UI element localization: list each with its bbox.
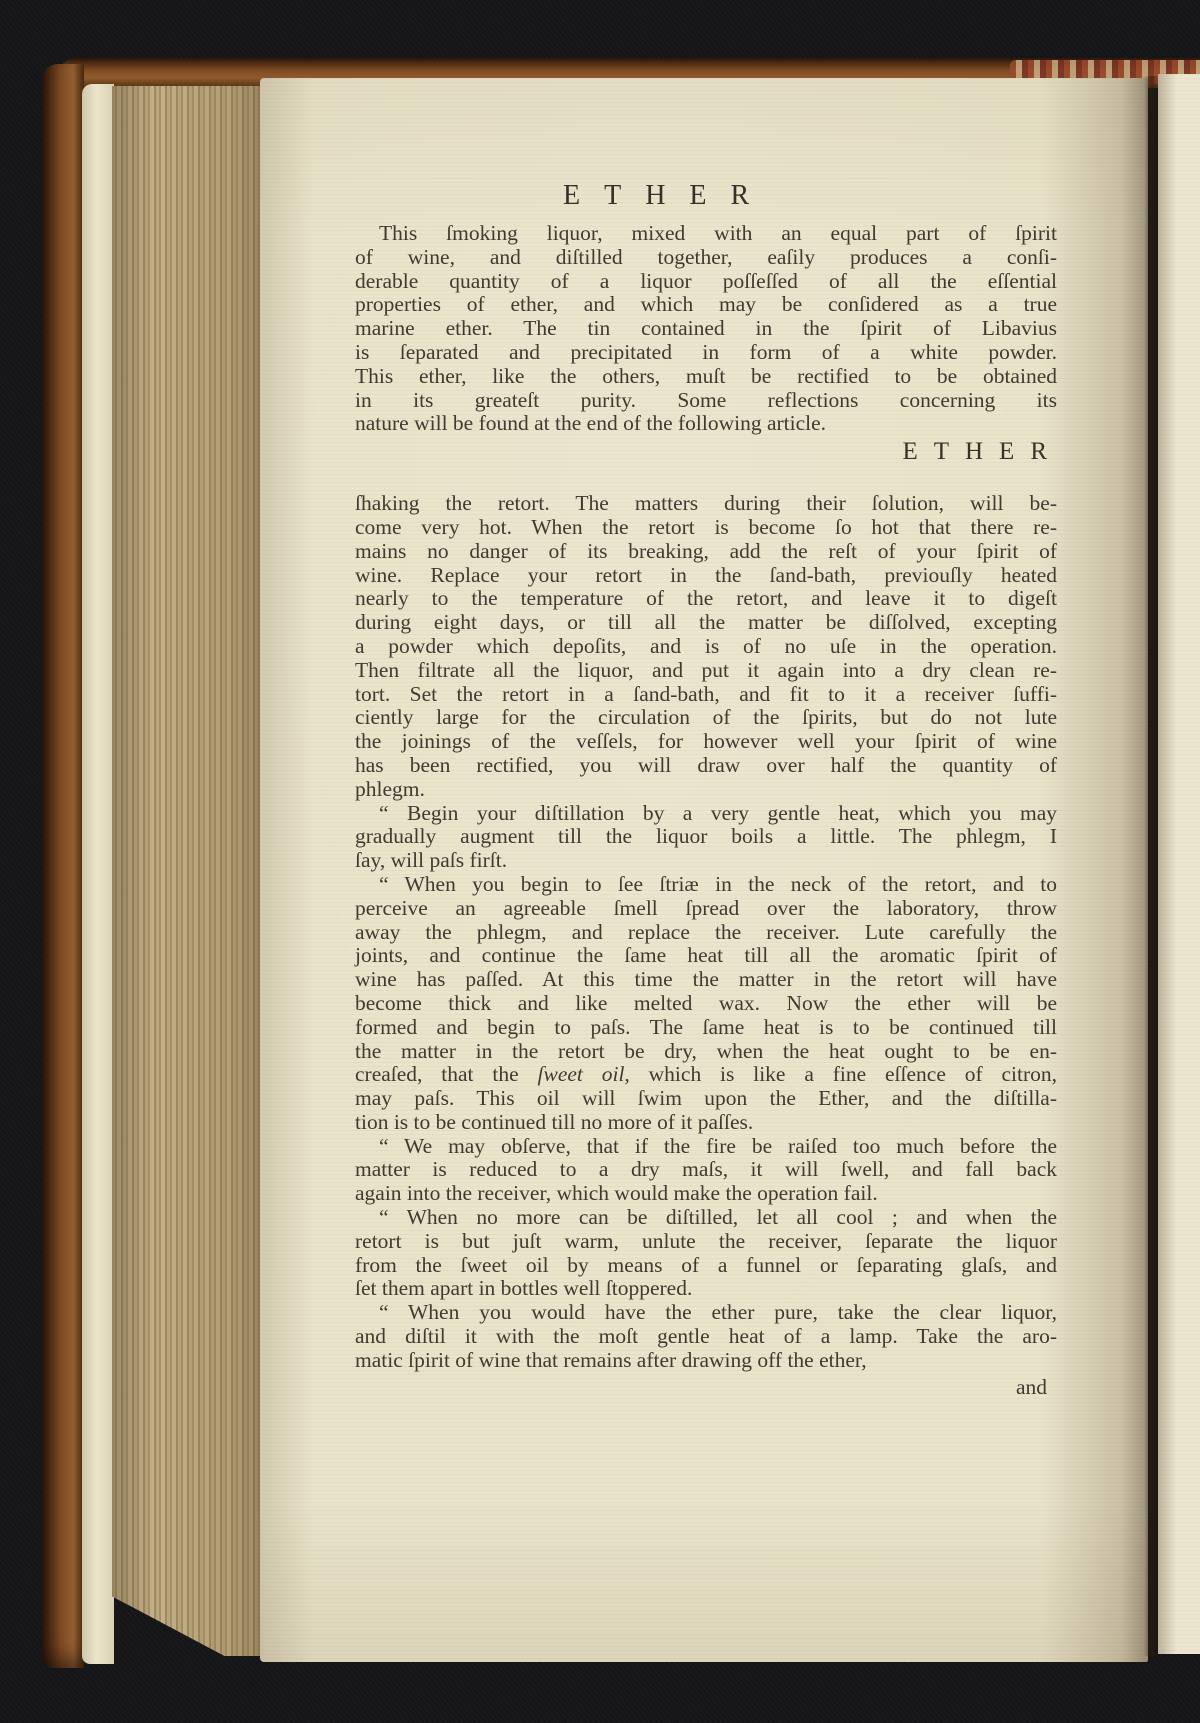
text-line: nearly to the temperature of the retort,… (355, 587, 1057, 611)
text-line: mains no danger of its breaking, add the… (355, 540, 1057, 564)
catchword: and (355, 1375, 1057, 1400)
text-line: Then filtrate all the liquor, and put it… (355, 659, 1057, 683)
text-line: derable quantity of a liquor poſſeſſed o… (355, 270, 1057, 294)
article-heading: ETHER (355, 180, 1057, 212)
text-line: This ether, like the others, muſt be rec… (355, 365, 1057, 389)
text-line: perceive an agreeable ſmell ſpread over … (355, 897, 1057, 921)
text-line: “ When no more can be diſtilled, let all… (355, 1206, 1057, 1230)
intro-paragraph: This ſmoking liquor, mixed with an equal… (355, 222, 1057, 436)
text-line: retort is but juſt warm, unlute the rece… (355, 1230, 1057, 1254)
text-line: during eight days, or till all the matte… (355, 611, 1057, 635)
text-line: and diſtil it with the moſt gentle heat … (355, 1325, 1057, 1349)
text-line: “ We may obſerve, that if the fire be ra… (355, 1135, 1057, 1159)
page-block-fore-edge (112, 86, 264, 1656)
text-line: marine ether. The tin contained in the ſ… (355, 317, 1057, 341)
text-line: matic ſpirit of wine that remains after … (355, 1349, 1057, 1373)
text-line: tion is to be continued till no more of … (355, 1111, 1057, 1135)
text-line: away the phlegm, and replace the receive… (355, 921, 1057, 945)
text-line: the matter in the retort be dry, when th… (355, 1040, 1057, 1064)
paragraph: “ Begin your diſtillation by a very gent… (355, 802, 1057, 873)
paragraph: “ When you begin to ſee ſtriæ in the nec… (355, 873, 1057, 1135)
text-line: “ When you would have the ether pure, ta… (355, 1301, 1057, 1325)
text-line: ſet them apart in bottles well ſtoppered… (355, 1277, 1057, 1301)
book-cover-left-edge (42, 64, 84, 1668)
next-article-marker: ETHER (355, 439, 1063, 465)
text-line: gradually augment till the liquor boils … (355, 825, 1057, 849)
text-line: “ When you begin to ſee ſtriæ in the nec… (355, 873, 1057, 897)
facing-page-sliver (1158, 74, 1200, 1654)
text-line: come very hot. When the retort is become… (355, 516, 1057, 540)
text-line: a powder which depoſits, and is of no uſ… (355, 635, 1057, 659)
text-line: ſhaking the retort. The matters during t… (355, 492, 1057, 516)
text-line: may paſs. This oil will ſwim upon the Et… (355, 1087, 1057, 1111)
text-line: properties of ether, and which may be co… (355, 293, 1057, 317)
text-line: again into the receiver, which would mak… (355, 1182, 1057, 1206)
paragraph: “ We may obſerve, that if the fire be ra… (355, 1135, 1057, 1206)
paragraph: This ſmoking liquor, mixed with an equal… (355, 222, 1057, 436)
text-line: This ſmoking liquor, mixed with an equal… (355, 222, 1057, 246)
text-line: joints, and continue the ſame heat till … (355, 944, 1057, 968)
paragraph: ſhaking the retort. The matters during t… (355, 492, 1057, 801)
text-line: formed and begin to paſs. The ſame heat … (355, 1016, 1057, 1040)
text-line: nature will be found at the end of the f… (355, 412, 1057, 436)
text-line: of wine, and diſtilled together, eaſily … (355, 246, 1057, 270)
text-segment: creaſed, that the (355, 1062, 538, 1086)
article-body: ſhaking the retort. The matters during t… (355, 492, 1057, 1372)
text-line: ſay, will paſs firſt. (355, 849, 1057, 873)
page-inner-edges (82, 84, 114, 1664)
text-line: wine has paſſed. At this time the matter… (355, 968, 1057, 992)
text-line: wine. Replace your retort in the ſand-ba… (355, 564, 1057, 588)
text-line: the joinings of the veſſels, for however… (355, 730, 1057, 754)
text-line: matter is reduced to a dry maſs, it will… (355, 1158, 1057, 1182)
text-line: from the ſweet oil by means of a funnel … (355, 1254, 1057, 1278)
text-segment: , which is like a fine eſſence of citron… (624, 1062, 1057, 1086)
text-line: tort. Set the retort in a ſand-bath, and… (355, 683, 1057, 707)
emphasized-text: ſweet oil (538, 1062, 625, 1086)
text-line: in its greateſt purity. Some reflections… (355, 389, 1057, 413)
text-line: ciently large for the circulation of the… (355, 706, 1057, 730)
text-line: creaſed, that the ſweet oil, which is li… (355, 1063, 1057, 1087)
text-line: phlegm. (355, 778, 1057, 802)
text-line: become thick and like melted wax. Now th… (355, 992, 1057, 1016)
paragraph: “ When no more can be diſtilled, let all… (355, 1206, 1057, 1301)
text-line: is ſeparated and precipitated in form of… (355, 341, 1057, 365)
text-line: has been rectified, you will draw over h… (355, 754, 1057, 778)
text-line: “ Begin your diſtillation by a very gent… (355, 802, 1057, 826)
paragraph: “ When you would have the ether pure, ta… (355, 1301, 1057, 1372)
page-text: ETHER This ſmoking liquor, mixed with an… (355, 180, 1057, 1400)
page-gutter-shadow (1144, 76, 1158, 1656)
